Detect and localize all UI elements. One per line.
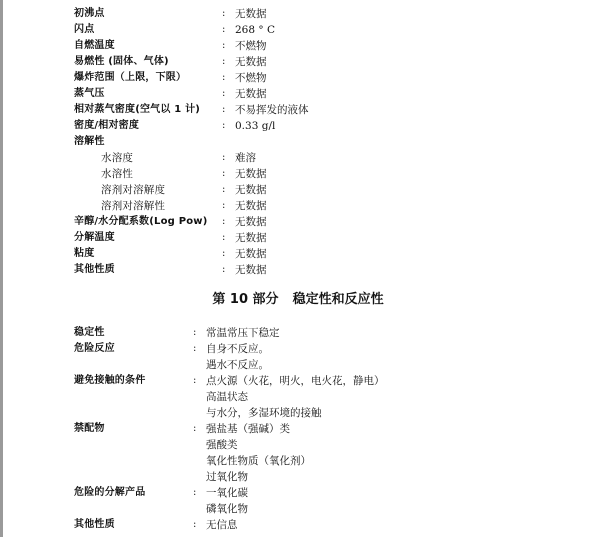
colon-separator: : <box>222 246 225 262</box>
property-label: 初沸点 <box>74 6 105 22</box>
property-label: 易燃性 (固体、气体) <box>74 54 169 70</box>
property-sublabel: 水溶度 <box>101 150 133 166</box>
colon-separator: : <box>193 485 196 501</box>
property-value: 无数据 <box>235 182 267 198</box>
colon-separator: : <box>222 38 225 54</box>
property-label: 自燃温度 <box>74 38 115 54</box>
property-value: 自身不反应。 <box>206 341 269 357</box>
property-label: 溶解性 <box>74 134 105 150</box>
property-value: 不燃物 <box>235 38 267 54</box>
property-label: 危险的分解产品 <box>74 485 145 501</box>
colon-separator: : <box>222 230 225 246</box>
property-value: 磷氧化物 <box>206 501 248 517</box>
colon-separator: : <box>222 86 225 102</box>
property-value: 点火源（火花，明火，电火花，静电） <box>206 373 385 389</box>
colon-separator: : <box>193 373 196 389</box>
section-10-heading: 第 10 部分稳定性和反应性 <box>0 291 596 309</box>
colon-separator: : <box>222 166 225 182</box>
property-value: 不燃物 <box>235 70 267 86</box>
property-label: 避免接触的条件 <box>74 373 145 389</box>
property-label: 稳定性 <box>74 325 105 341</box>
colon-separator: : <box>193 421 196 437</box>
property-label: 辛醇/水分配系数(Log Pow) <box>74 214 208 230</box>
colon-separator: : <box>222 214 225 230</box>
property-value: 高温状态 <box>206 389 248 405</box>
page-edge-bar <box>0 0 3 537</box>
property-value: 0.33 g/l <box>235 118 275 134</box>
property-label: 闪点 <box>74 22 94 38</box>
section-title: 稳定性和反应性 <box>293 292 384 307</box>
colon-separator: : <box>222 150 225 166</box>
property-label: 相对蒸气密度(空气以 1 计) <box>74 102 200 118</box>
property-label: 禁配物 <box>74 421 105 437</box>
property-sublabel: 溶剂对溶解性 <box>101 198 165 214</box>
colon-separator: : <box>222 70 225 86</box>
property-value: 无数据 <box>235 214 267 230</box>
property-value: 无数据 <box>235 198 267 214</box>
property-label: 蒸气压 <box>74 86 105 102</box>
section-number: 第 10 部分 <box>212 292 278 307</box>
property-value: 无信息 <box>206 517 238 533</box>
property-value: 氧化性物质（氧化剂） <box>206 453 311 469</box>
property-value: 遇水不反应。 <box>206 357 269 373</box>
property-label: 其他性质 <box>74 517 115 533</box>
property-sublabel: 水溶性 <box>101 166 133 182</box>
property-value: 无数据 <box>235 86 267 102</box>
property-value: 无数据 <box>235 166 267 182</box>
property-value: 难溶 <box>235 150 256 166</box>
property-sublabel: 溶剂对溶解度 <box>101 182 165 198</box>
colon-separator: : <box>222 54 225 70</box>
property-value: 不易挥发的液体 <box>235 102 309 118</box>
property-label: 粘度 <box>74 246 94 262</box>
property-value: 与水分，多湿环境的接触 <box>206 405 322 421</box>
property-label: 危险反应 <box>74 341 115 357</box>
colon-separator: : <box>222 102 225 118</box>
colon-separator: : <box>222 198 225 214</box>
colon-separator: : <box>222 182 225 198</box>
property-value: 无数据 <box>235 6 267 22</box>
colon-separator: : <box>222 118 225 134</box>
property-value: 无数据 <box>235 246 267 262</box>
property-value: 无数据 <box>235 54 267 70</box>
property-value: 一氧化碳 <box>206 485 248 501</box>
property-value: 268 ° C <box>235 22 275 38</box>
colon-separator: : <box>193 517 196 533</box>
property-label: 爆炸范围（上限，下限） <box>74 70 186 86</box>
property-label: 密度/相对密度 <box>74 118 139 134</box>
property-value: 常温常压下稳定 <box>206 325 280 341</box>
property-value: 无数据 <box>235 230 267 246</box>
property-label: 其他性质 <box>74 262 115 278</box>
colon-separator: : <box>193 325 196 341</box>
colon-separator: : <box>222 22 225 38</box>
colon-separator: : <box>222 6 225 22</box>
colon-separator: : <box>222 262 225 278</box>
property-label: 分解温度 <box>74 230 115 246</box>
property-value: 过氧化物 <box>206 469 248 485</box>
property-value: 强酸类 <box>206 437 238 453</box>
property-value: 强盐基（强碱）类 <box>206 421 290 437</box>
colon-separator: : <box>193 341 196 357</box>
property-value: 无数据 <box>235 262 267 278</box>
